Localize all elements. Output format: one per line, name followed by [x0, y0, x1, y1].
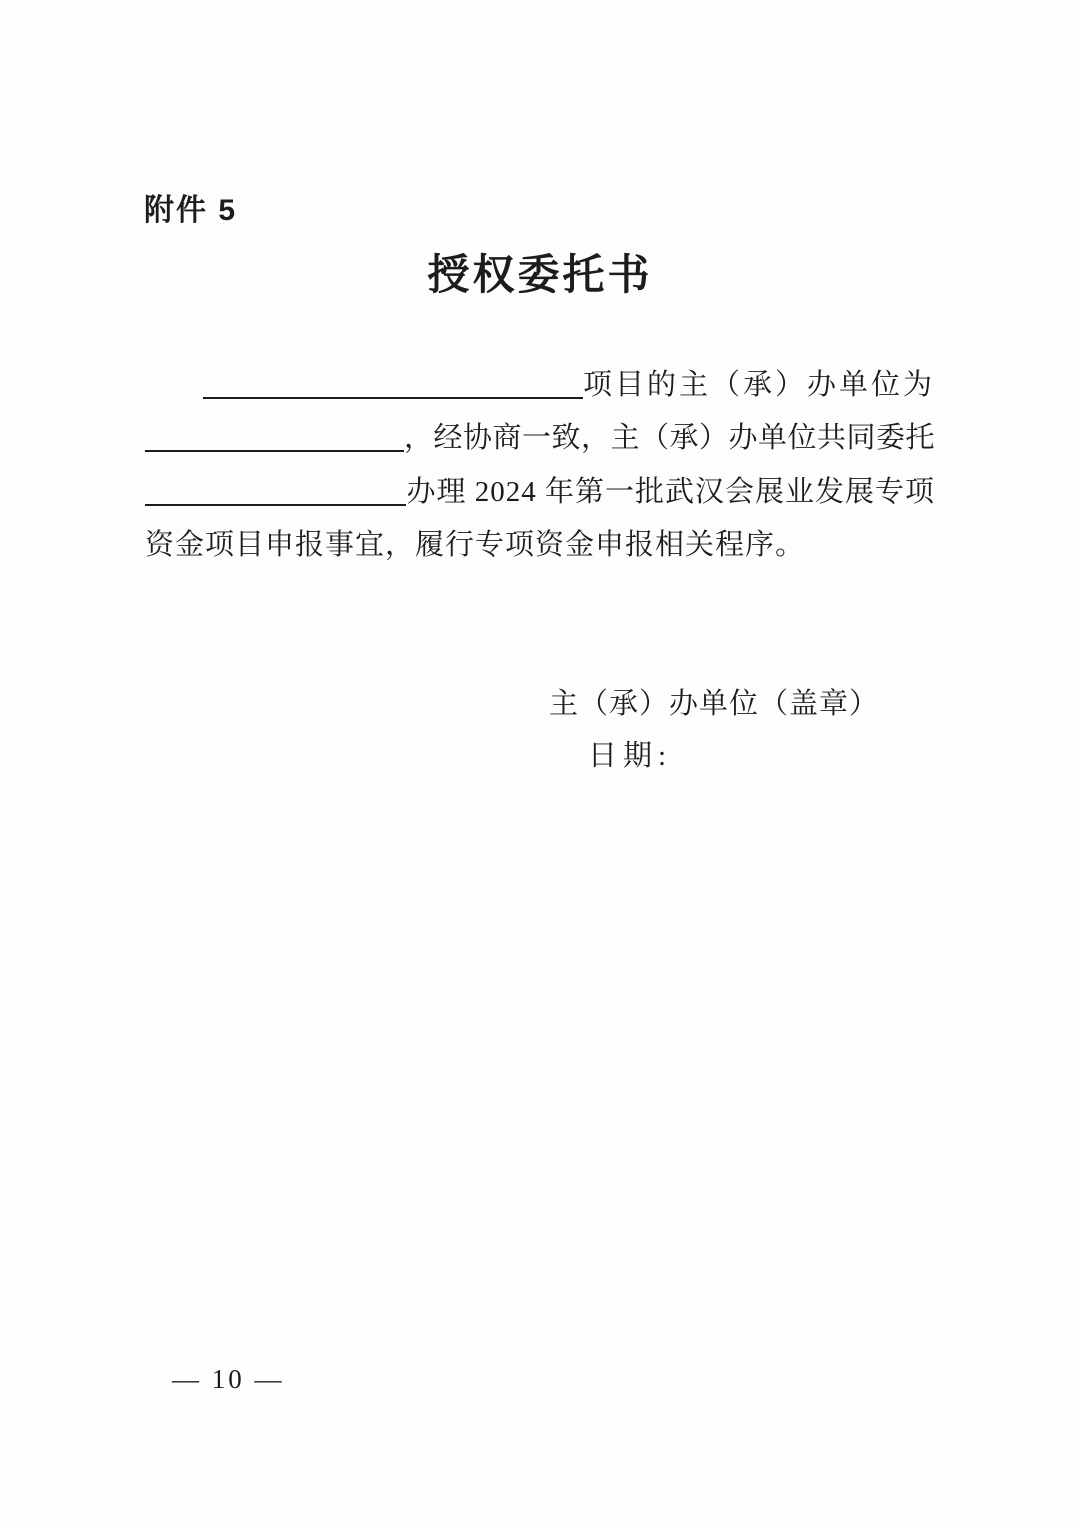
attachment-label: 附件 5 [144, 193, 237, 229]
fill-in-blank-host-unit [145, 419, 404, 452]
body-line-4: 资金项目申报事宜，履行专项资金申报相关程序。 [145, 526, 935, 564]
document-title: 授权委托书 [0, 250, 1080, 302]
fill-in-blank-project-name [203, 366, 583, 399]
fill-in-blank-entrusted-agent [145, 473, 406, 506]
body-line-1: 项目的主（承）办单位为 [145, 366, 935, 404]
body-text-2: ，经协商一致，主（承）办单位共同委托 [404, 419, 935, 457]
document-page: 附件 5 授权委托书 项目的主（承）办单位为 ，经协商一致，主（承）办单位共同委… [0, 0, 1080, 1528]
body-text-1: 项目的主（承）办单位为 [583, 366, 935, 404]
signature-unit-seal-label: 主（承）办单位（盖章） [549, 686, 879, 722]
body-line-3: 办理 2024 年第一批武汉会展业发展专项 [145, 473, 935, 511]
body-text-4: 资金项目申报事宜，履行专项资金申报相关程序。 [145, 526, 805, 564]
body-text-3: 办理 2024 年第一批武汉会展业发展专项 [406, 473, 935, 511]
body-line-2: ，经协商一致，主（承）办单位共同委托 [145, 419, 935, 457]
page-number: — 10 — [172, 1362, 285, 1396]
signature-date-label: 日期: [588, 738, 672, 774]
